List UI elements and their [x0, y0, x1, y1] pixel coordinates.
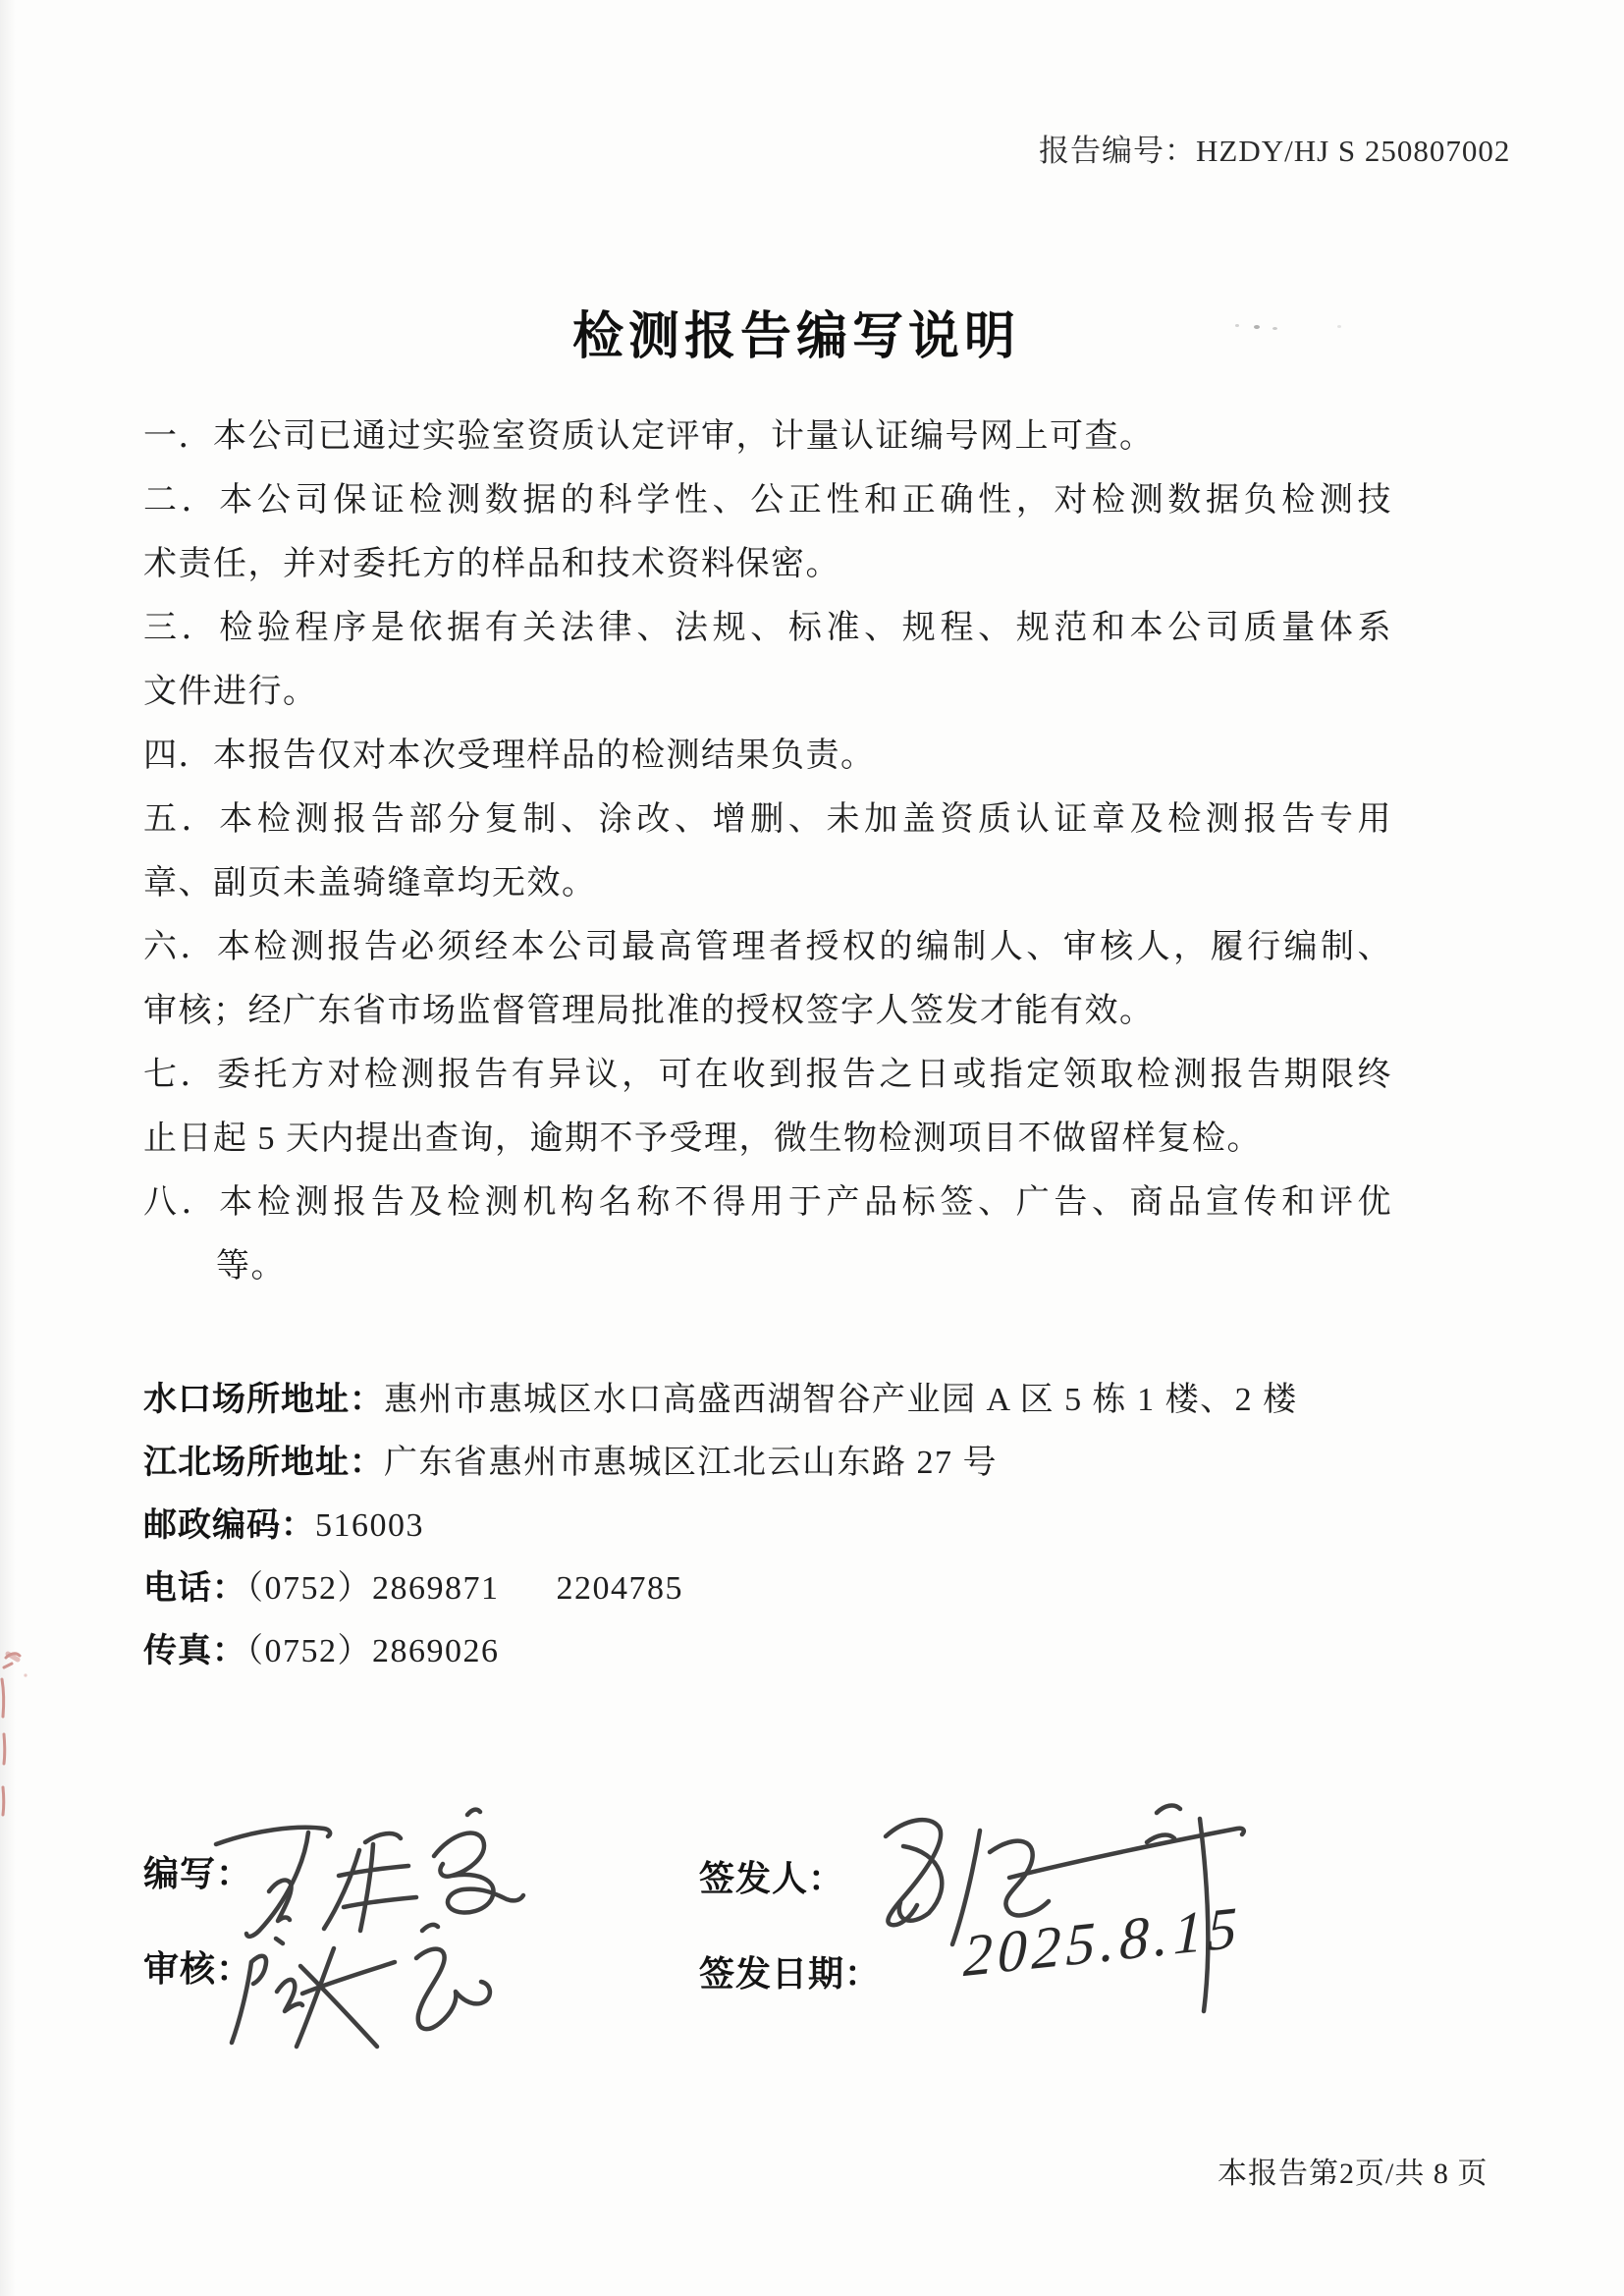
contact-value: 516003 [315, 1507, 424, 1544]
contact-section: 水口场所地址：惠州市惠城区水口高盛西湖智谷产业园 A 区 5 栋 1 楼、2 楼… [143, 1368, 1469, 1682]
contact-values: 516003 [315, 1507, 424, 1544]
note-line: 三．检验程序是依据有关法律、法规、标准、规程、规范和本公司质量体系 [143, 596, 1392, 660]
contact-values: 广东省惠州市惠城区江北云山东路 27 号 [384, 1445, 998, 1481]
contact-values: （0752）2869026 [246, 1633, 500, 1669]
footer-page-info: 本报告第2页/共 8 页 [1218, 2149, 1488, 2192]
note-line: 章、副页未盖骑缝章均无效。 [143, 851, 1392, 915]
note-line: 四．本报告仅对本次受理样品的检测结果负责。 [143, 724, 1392, 788]
contact-row: 邮政编码：516003 [143, 1494, 1469, 1557]
contact-row: 电话：（0752）28698712204785 [143, 1557, 1469, 1619]
writer-label: 编写： [143, 1846, 252, 1896]
note-line: 审核；经广东省市场监督管理局批准的授权签字人签发才能有效。 [143, 979, 1392, 1043]
scanned-report-page: 报告编号：HZDY/HJ S 250807002 检测报告编写说明 一．本公司已… [0, 0, 1624, 2296]
reviewer-signature [232, 1925, 490, 2047]
reviewer-label: 审核： [143, 1941, 252, 1992]
contact-label: 电话： [143, 1569, 246, 1607]
note-line: 术责任，并对委托方的样品和技术资料保密。 [143, 532, 1392, 596]
contact-value: 2204785 [557, 1570, 684, 1607]
contact-value: （0752）2869871 [246, 1570, 500, 1607]
contact-row: 传真：（0752）2869026 [143, 1619, 1469, 1682]
report-number: 报告编号：HZDY/HJ S 250807002 [1039, 126, 1510, 170]
issue-date-label: 签发日期： [699, 1946, 881, 1996]
contact-values: （0752）28698712204785 [246, 1570, 683, 1607]
issue-date-handwriting: 2025.8.15 [963, 1880, 1375, 1991]
contact-row: 江北场所地址：广东省惠州市惠城区江北云山东路 27 号 [143, 1431, 1469, 1494]
page-title: 检测报告编写说明 [0, 295, 1608, 368]
issuer-label: 签发人： [699, 1851, 844, 1901]
contact-row: 水口场所地址：惠州市惠城区水口高盛西湖智谷产业园 A 区 5 栋 1 楼、2 楼 [143, 1368, 1469, 1431]
report-notes: 一．本公司已通过实验室资质认定评审，计量认证编号网上可查。二．本公司保证检测数据… [143, 405, 1392, 1298]
writer-signature [216, 1810, 523, 1943]
contact-values: 惠州市惠城区水口高盛西湖智谷产业园 A 区 5 栋 1 楼、2 楼 [384, 1382, 1298, 1418]
contact-label: 江北场所地址： [143, 1444, 384, 1481]
note-line: 文件进行。 [143, 660, 1392, 724]
note-line: 等。 [143, 1234, 1392, 1298]
note-line: 八．本检测报告及检测机构名称不得用于产品标签、广告、商品宣传和评优 [143, 1171, 1392, 1234]
note-line: 五．本检测报告部分复制、涂改、增删、未加盖资质认证章及检测报告专用 [143, 788, 1392, 851]
contact-value: （0752）2869026 [246, 1633, 500, 1669]
contact-value: 广东省惠州市惠城区江北云山东路 27 号 [384, 1445, 998, 1481]
contact-value: 惠州市惠城区水口高盛西湖智谷产业园 A 区 5 栋 1 楼、2 楼 [384, 1382, 1298, 1418]
contact-label: 邮政编码： [143, 1506, 315, 1544]
note-line: 六．本检测报告必须经本公司最高管理者授权的编制人、审核人，履行编制、 [143, 915, 1392, 979]
note-line: 七．委托方对检测报告有异议，可在收到报告之日或指定领取检测报告期限终 [143, 1043, 1392, 1107]
contact-label: 传真： [143, 1632, 246, 1669]
note-line: 止日起 5 天内提出查询，逾期不予受理，微生物检测项目不做留样复检。 [143, 1107, 1392, 1171]
note-line: 二．本公司保证检测数据的科学性、公正性和正确性，对检测数据负检测技 [143, 468, 1392, 532]
note-line: 一．本公司已通过实验室资质认定评审，计量认证编号网上可查。 [143, 405, 1392, 468]
contact-label: 水口场所地址： [143, 1381, 384, 1418]
